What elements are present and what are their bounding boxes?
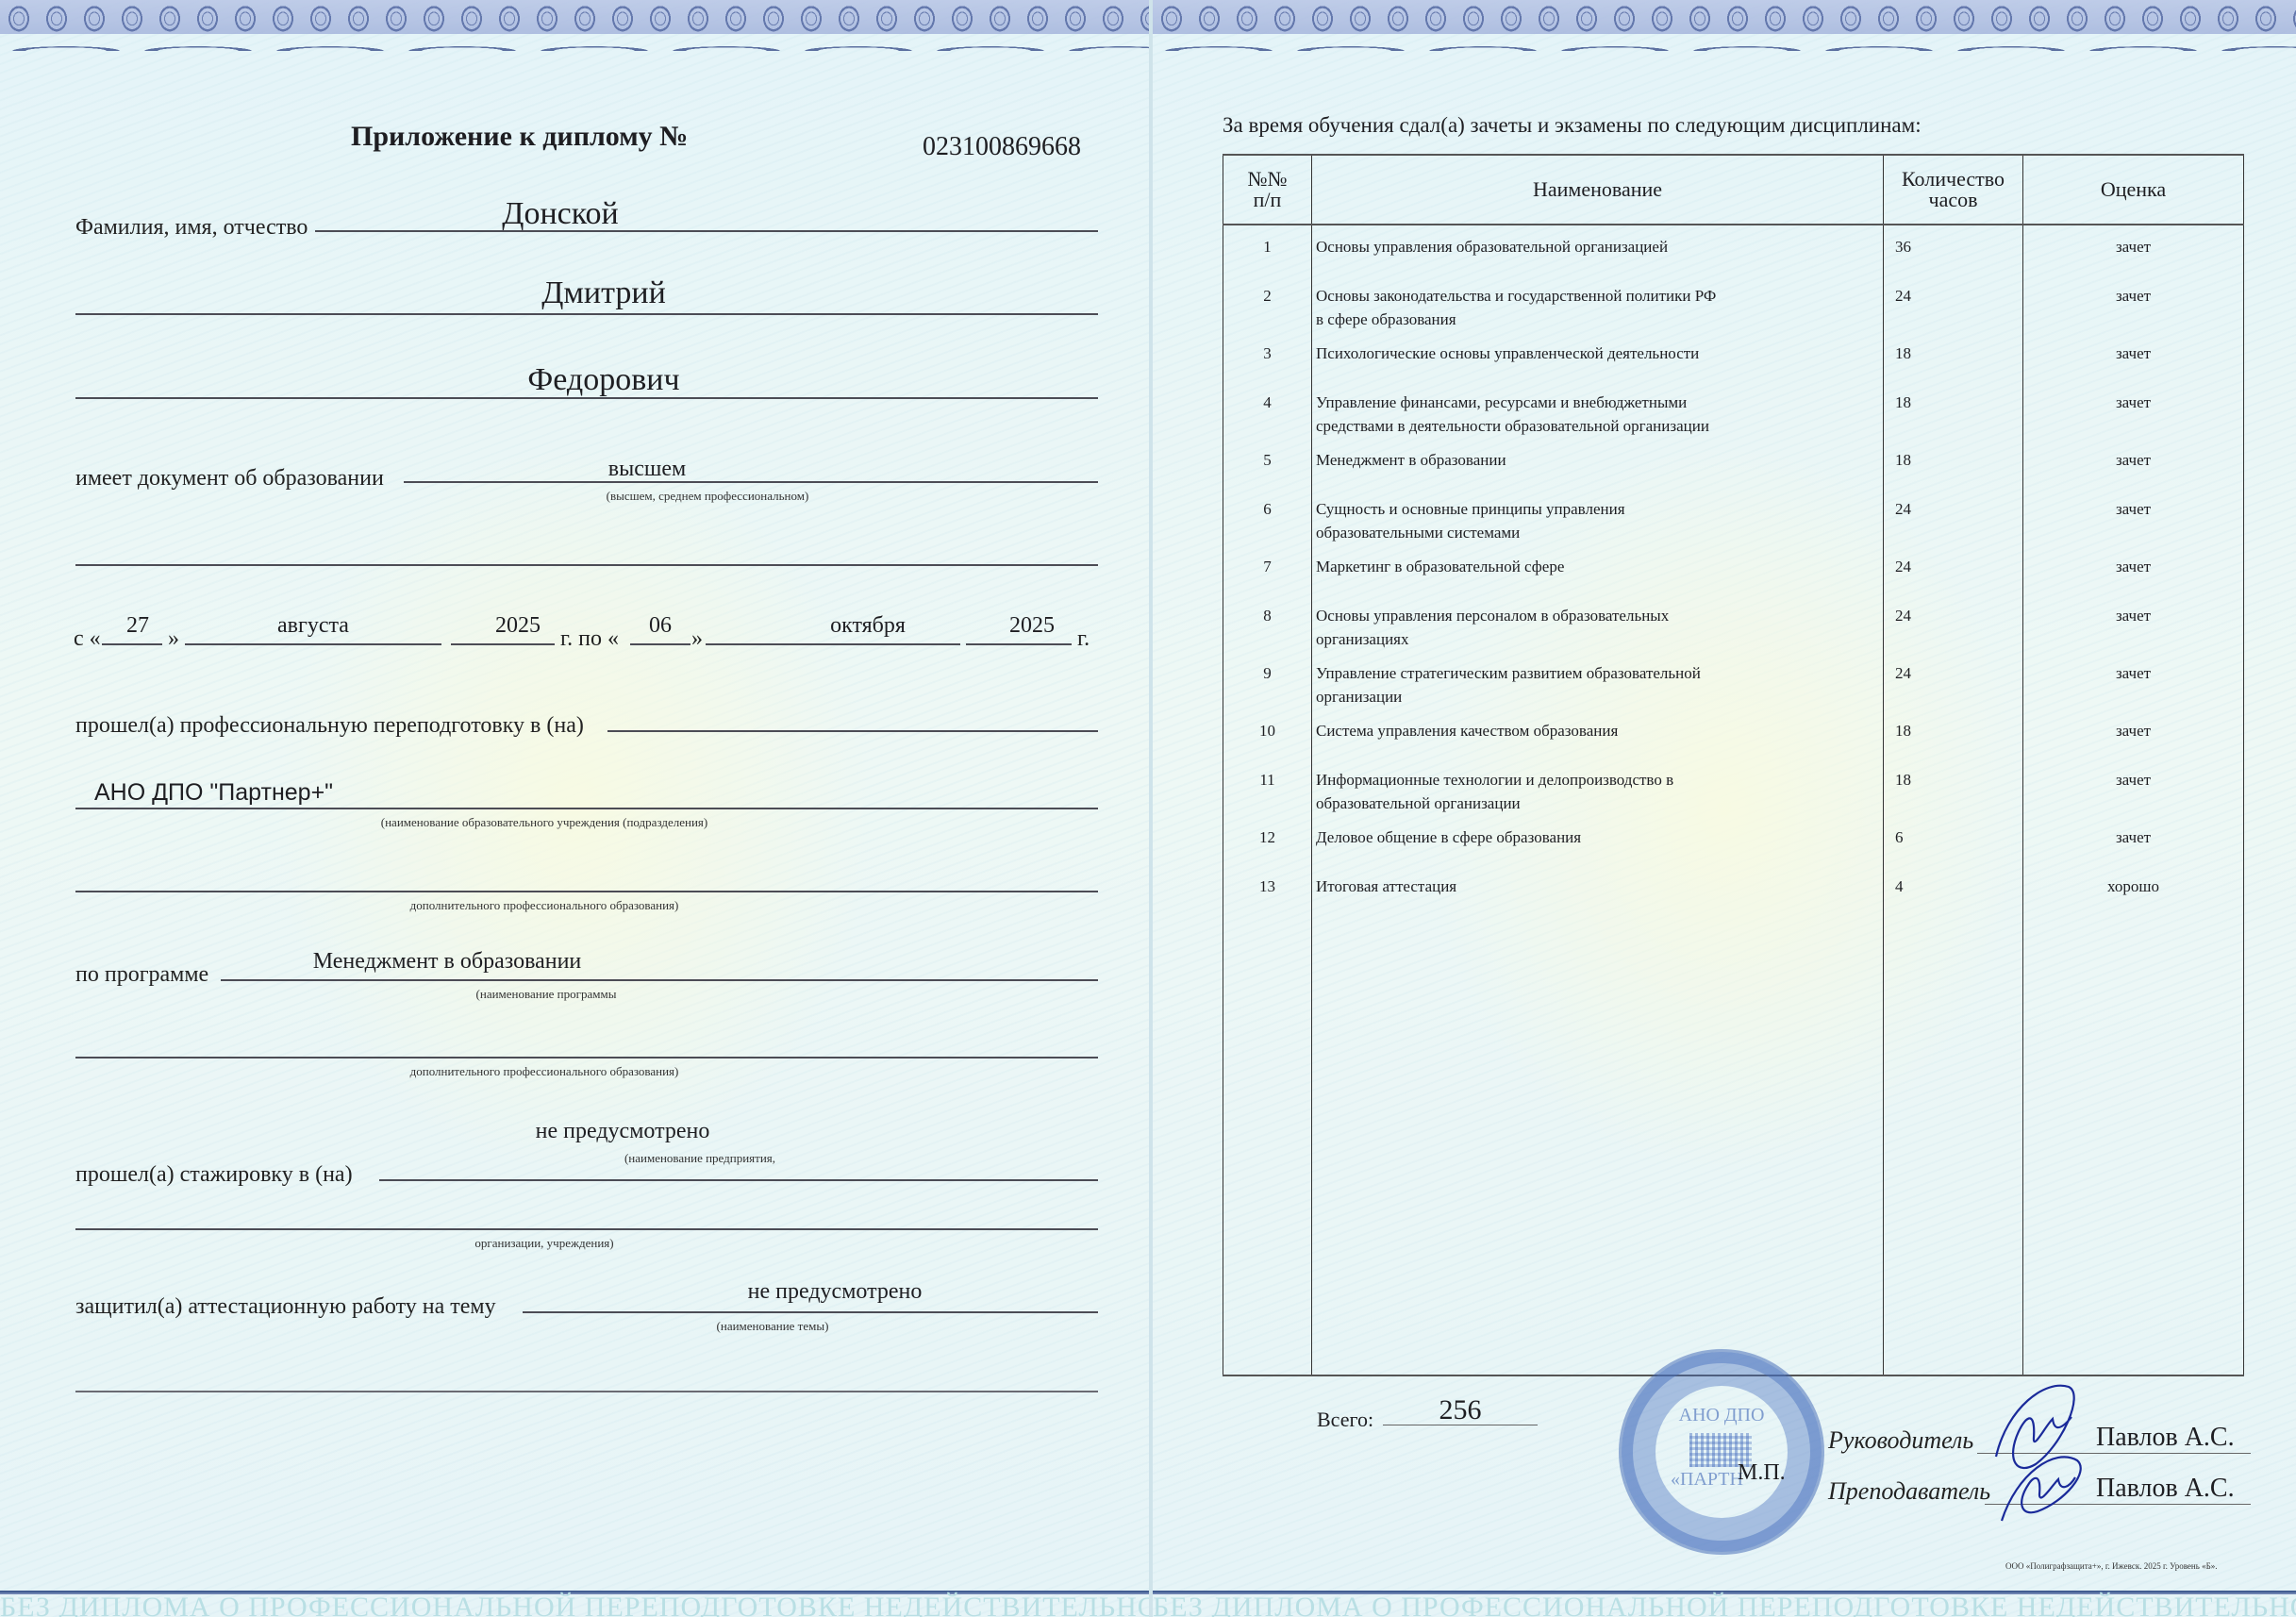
- discipline-hours: 4: [1884, 865, 2023, 914]
- discipline-grade: зачет: [2023, 439, 2244, 488]
- header-hours: Количество часов: [1884, 155, 2023, 225]
- discipline-hours: 24: [1884, 594, 2023, 652]
- discipline-name: Управление финансами, ресурсами и внебюд…: [1312, 381, 1884, 439]
- discipline-name: Управление стратегическим развитием обра…: [1312, 652, 1884, 709]
- guilloche-top-border: [1153, 0, 2296, 34]
- internship-hint2: организации, учреждения): [75, 1236, 1098, 1251]
- discipline-grade: зачет: [2023, 545, 2244, 594]
- table-row: 8Основы управления персоналом в образова…: [1223, 594, 2244, 652]
- end-day: 06: [630, 613, 690, 639]
- discipline-name: Основы управления персоналом в образоват…: [1312, 594, 1884, 652]
- discipline-name: Менеджмент в образовании: [1312, 439, 1884, 488]
- discipline-name: Сущность и основные принципы управления …: [1312, 488, 1884, 545]
- disciplines-intro: За время обучения сдал(а) зачеты и экзам…: [1223, 113, 1922, 138]
- discipline-name: Основы управления образовательной органи…: [1312, 225, 1884, 275]
- discipline-hours: 18: [1884, 381, 2023, 439]
- row-number: 12: [1223, 816, 1312, 865]
- discipline-name: Маркетинг в образовательной сфере: [1312, 545, 1884, 594]
- discipline-hours: 6: [1884, 816, 2023, 865]
- institution-extra-line: [75, 891, 1098, 892]
- program-hint: (наименование программы: [221, 987, 872, 1002]
- start-day-line: [102, 643, 162, 645]
- discipline-hours: 24: [1884, 275, 2023, 332]
- discipline-hours: 18: [1884, 758, 2023, 816]
- discipline-hours: 18: [1884, 709, 2023, 758]
- footer-watermark: БЕЗ ДИПЛОМА О ПРОФЕССИОНАЛЬНОЙ ПЕРЕПОДГО…: [1153, 1594, 2296, 1617]
- decorative-wave-line: [1153, 42, 2296, 51]
- first-name-value: Дмитрий: [75, 275, 1132, 311]
- discipline-name: Итоговая аттестация: [1312, 865, 1884, 914]
- internship-extra-line: [75, 1228, 1098, 1230]
- discipline-grade: хорошо: [2023, 865, 2244, 914]
- discipline-grade: зачет: [2023, 816, 2244, 865]
- discipline-hours: 18: [1884, 439, 2023, 488]
- program-hint2: дополнительного профессионального образо…: [75, 1064, 1098, 1079]
- diploma-appendix-left-page: Приложение к диплому № 023100869668 Фами…: [0, 0, 1149, 1617]
- row-number: 7: [1223, 545, 1312, 594]
- table-row: 9Управление стратегическим развитием обр…: [1223, 652, 2244, 709]
- program-extra-line: [75, 1057, 1098, 1059]
- table-row: 10Система управления качеством образован…: [1223, 709, 2244, 758]
- disciplines-body: 1Основы управления образовательной орган…: [1223, 225, 2244, 1375]
- discipline-grade: зачет: [2023, 594, 2244, 652]
- institution-line: [75, 808, 1098, 809]
- row-number: 13: [1223, 865, 1312, 914]
- header-name: Наименование: [1312, 155, 1884, 225]
- row-number: 9: [1223, 652, 1312, 709]
- start-month-line: [185, 643, 441, 645]
- table-empty-space: [1223, 914, 2244, 1375]
- table-row: 1Основы управления образовательной орган…: [1223, 225, 2244, 275]
- disciplines-table: №№ п/п Наименование Количество часов Оце…: [1223, 154, 2244, 1376]
- thesis-hint: (наименование темы): [523, 1319, 1023, 1334]
- discipline-hours: 24: [1884, 545, 2023, 594]
- row-number: 1: [1223, 225, 1312, 275]
- period-prefix: с «: [74, 626, 101, 652]
- total-label: Всего:: [1317, 1408, 1373, 1432]
- thesis-label: защитил(а) аттестационную работу на тему: [75, 1294, 496, 1320]
- discipline-grade: зачет: [2023, 225, 2244, 275]
- internship-line: [379, 1179, 1098, 1181]
- thesis-extra-line: [75, 1391, 1098, 1392]
- discipline-name: Информационные технологии и делопроизвод…: [1312, 758, 1884, 816]
- signature-role-director: Руководитель: [1828, 1426, 1973, 1455]
- program-line: [221, 979, 1098, 981]
- discipline-name: Система управления качеством образования: [1312, 709, 1884, 758]
- discipline-hours: 18: [1884, 332, 2023, 381]
- program-value: Менеджмент в образовании: [221, 949, 674, 975]
- period-middle: г. по «: [560, 626, 619, 652]
- guilloche-top-border: [0, 0, 1149, 34]
- thesis-value: не предусмотрено: [523, 1279, 1147, 1305]
- end-month-line: [706, 643, 960, 645]
- document-number: 023100869668: [923, 132, 1081, 162]
- header-number: №№ п/п: [1223, 155, 1312, 225]
- stamp-org-line2: «ПАРТН: [1622, 1469, 1822, 1491]
- signature-role-teacher: Преподаватель: [1828, 1477, 1990, 1506]
- education-label: имеет документ об образовании: [75, 466, 384, 492]
- stamp-place-mark: М.П.: [1738, 1460, 1786, 1486]
- decorative-wave-line: [0, 42, 1149, 51]
- discipline-grade: зачет: [2023, 652, 2244, 709]
- education-hint: (высшем, среднем профессиональном): [404, 489, 1011, 504]
- discipline-grade: зачет: [2023, 758, 2244, 816]
- table-row: 13Итоговая аттестация4хорошо: [1223, 865, 2244, 914]
- table-row: 7Маркетинг в образовательной сфере24заче…: [1223, 545, 2244, 594]
- internship-label: прошел(а) стажировку в (на): [75, 1162, 353, 1188]
- end-year-line: [966, 643, 1072, 645]
- row-number: 4: [1223, 381, 1312, 439]
- table-row: 4Управление финансами, ресурсами и внебю…: [1223, 381, 2244, 439]
- document-title: Приложение к диплому №: [351, 121, 688, 153]
- table-row: 6Сущность и основные принципы управления…: [1223, 488, 2244, 545]
- institution-hint: (наименование образовательного учреждени…: [75, 815, 1098, 830]
- printer-info: ООО «Полиграфзащита+», г. Ижевск. 2025 г…: [2005, 1561, 2218, 1571]
- discipline-grade: зачет: [2023, 275, 2244, 332]
- patronymic-value: Федорович: [75, 362, 1132, 398]
- first-name-line: [75, 313, 1098, 315]
- discipline-grade: зачет: [2023, 709, 2244, 758]
- row-number: 3: [1223, 332, 1312, 381]
- thesis-line: [523, 1311, 1098, 1313]
- start-month: августа: [185, 613, 441, 639]
- signature-name-teacher: Павлов А.С.: [2096, 1474, 2235, 1504]
- row-number: 5: [1223, 439, 1312, 488]
- discipline-hours: 24: [1884, 488, 2023, 545]
- start-day: 27: [102, 613, 174, 639]
- table-row: 12Деловое общение в сфере образования6за…: [1223, 816, 2244, 865]
- handwritten-signature-icon: [1979, 1370, 2111, 1540]
- total-hours: 256: [1383, 1394, 1538, 1426]
- surname-value: Донской: [315, 196, 806, 232]
- row-number: 6: [1223, 488, 1312, 545]
- row-number: 8: [1223, 594, 1312, 652]
- program-label: по программе: [75, 962, 208, 988]
- period-suffix: г.: [1077, 626, 1090, 652]
- row-number: 11: [1223, 758, 1312, 816]
- discipline-grade: зачет: [2023, 332, 2244, 381]
- table-header-row: №№ п/п Наименование Количество часов Оце…: [1223, 155, 2244, 225]
- stamp-org-line1: АНО ДПО: [1622, 1405, 1822, 1426]
- retraining-label: прошел(а) профессиональную переподготовк…: [75, 713, 584, 739]
- signature-name-director: Павлов А.С.: [2096, 1423, 2235, 1453]
- row-number: 2: [1223, 275, 1312, 332]
- discipline-grade: зачет: [2023, 488, 2244, 545]
- discipline-hours: 24: [1884, 652, 2023, 709]
- education-value: высшем: [404, 457, 890, 482]
- table-row: 2Основы законодательства и государственн…: [1223, 275, 2244, 332]
- table-row: 5Менеджмент в образовании18зачет: [1223, 439, 2244, 488]
- footer-watermark: БЕЗ ДИПЛОМА О ПРОФЕССИОНАЛЬНОЙ ПЕРЕПОДГО…: [0, 1594, 1149, 1617]
- header-grade: Оценка: [2023, 155, 2244, 225]
- education-extra-line: [75, 564, 1098, 566]
- full-name-label: Фамилия, имя, отчество: [75, 215, 308, 241]
- institution-hint2: дополнительного профессионального образо…: [75, 898, 1098, 913]
- discipline-name: Психологические основы управленческой де…: [1312, 332, 1884, 381]
- quote-close: »: [168, 626, 179, 652]
- discipline-name: Деловое общение в сфере образования: [1312, 816, 1884, 865]
- discipline-name: Основы законодательства и государственно…: [1312, 275, 1884, 332]
- institution-value: АНО ДПО "Партнер+": [94, 779, 333, 807]
- table-row: 3Психологические основы управленческой д…: [1223, 332, 2244, 381]
- retraining-line: [607, 730, 1098, 732]
- end-day-line: [630, 643, 690, 645]
- discipline-grade: зачет: [2023, 381, 2244, 439]
- internship-value: не предусмотрено: [379, 1119, 866, 1144]
- discipline-hours: 36: [1884, 225, 2023, 275]
- table-row: 11Информационные технологии и делопроизв…: [1223, 758, 2244, 816]
- quote-close-2: »: [691, 626, 703, 652]
- start-year-line: [451, 643, 555, 645]
- internship-hint: (наименование предприятия,: [379, 1151, 1021, 1166]
- diploma-appendix-right-page: За время обучения сдал(а) зачеты и экзам…: [1153, 0, 2296, 1617]
- official-stamp: АНО ДПО «ПАРТН: [1619, 1349, 1824, 1555]
- row-number: 10: [1223, 709, 1312, 758]
